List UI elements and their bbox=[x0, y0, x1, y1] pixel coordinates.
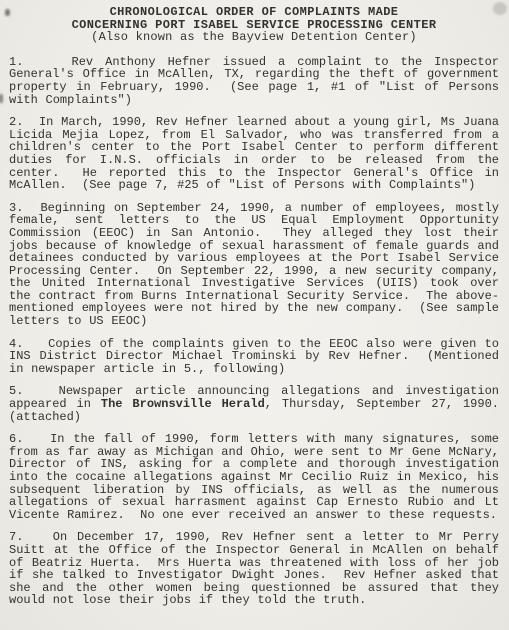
paragraph-6: 6. In the fall of 1990, form letters wit… bbox=[9, 433, 499, 521]
paragraph-1: 1. Rev Anthony Hefner issued a complaint… bbox=[9, 56, 499, 106]
document-title: CHRONOLOGICAL ORDER OF COMPLAINTS MADE C… bbox=[9, 6, 499, 44]
paragraph-7: 7. On December 17, 1990, Rev Hefner sent… bbox=[9, 531, 499, 607]
document-title-line-1: CHRONOLOGICAL ORDER OF COMPLAINTS MADE bbox=[9, 6, 499, 19]
paragraph-5: 5. Newspaper article announcing allegati… bbox=[9, 385, 499, 423]
scan-artifact-mark-left-edge bbox=[0, 94, 3, 103]
paragraph-2: 2. In March, 1990, Rev Hefner learned ab… bbox=[9, 116, 499, 192]
publication-name: The Brownsville Herald bbox=[101, 397, 265, 411]
paragraph-4: 4. Copies of the complaints given to the… bbox=[9, 338, 499, 376]
scanned-document-page: CHRONOLOGICAL ORDER OF COMPLAINTS MADE C… bbox=[0, 0, 509, 630]
paragraph-3: 3. Beginning on September 24, 1990, a nu… bbox=[9, 202, 499, 328]
document-title-line-3: (Also known as the Bayview Detention Cen… bbox=[9, 31, 499, 44]
